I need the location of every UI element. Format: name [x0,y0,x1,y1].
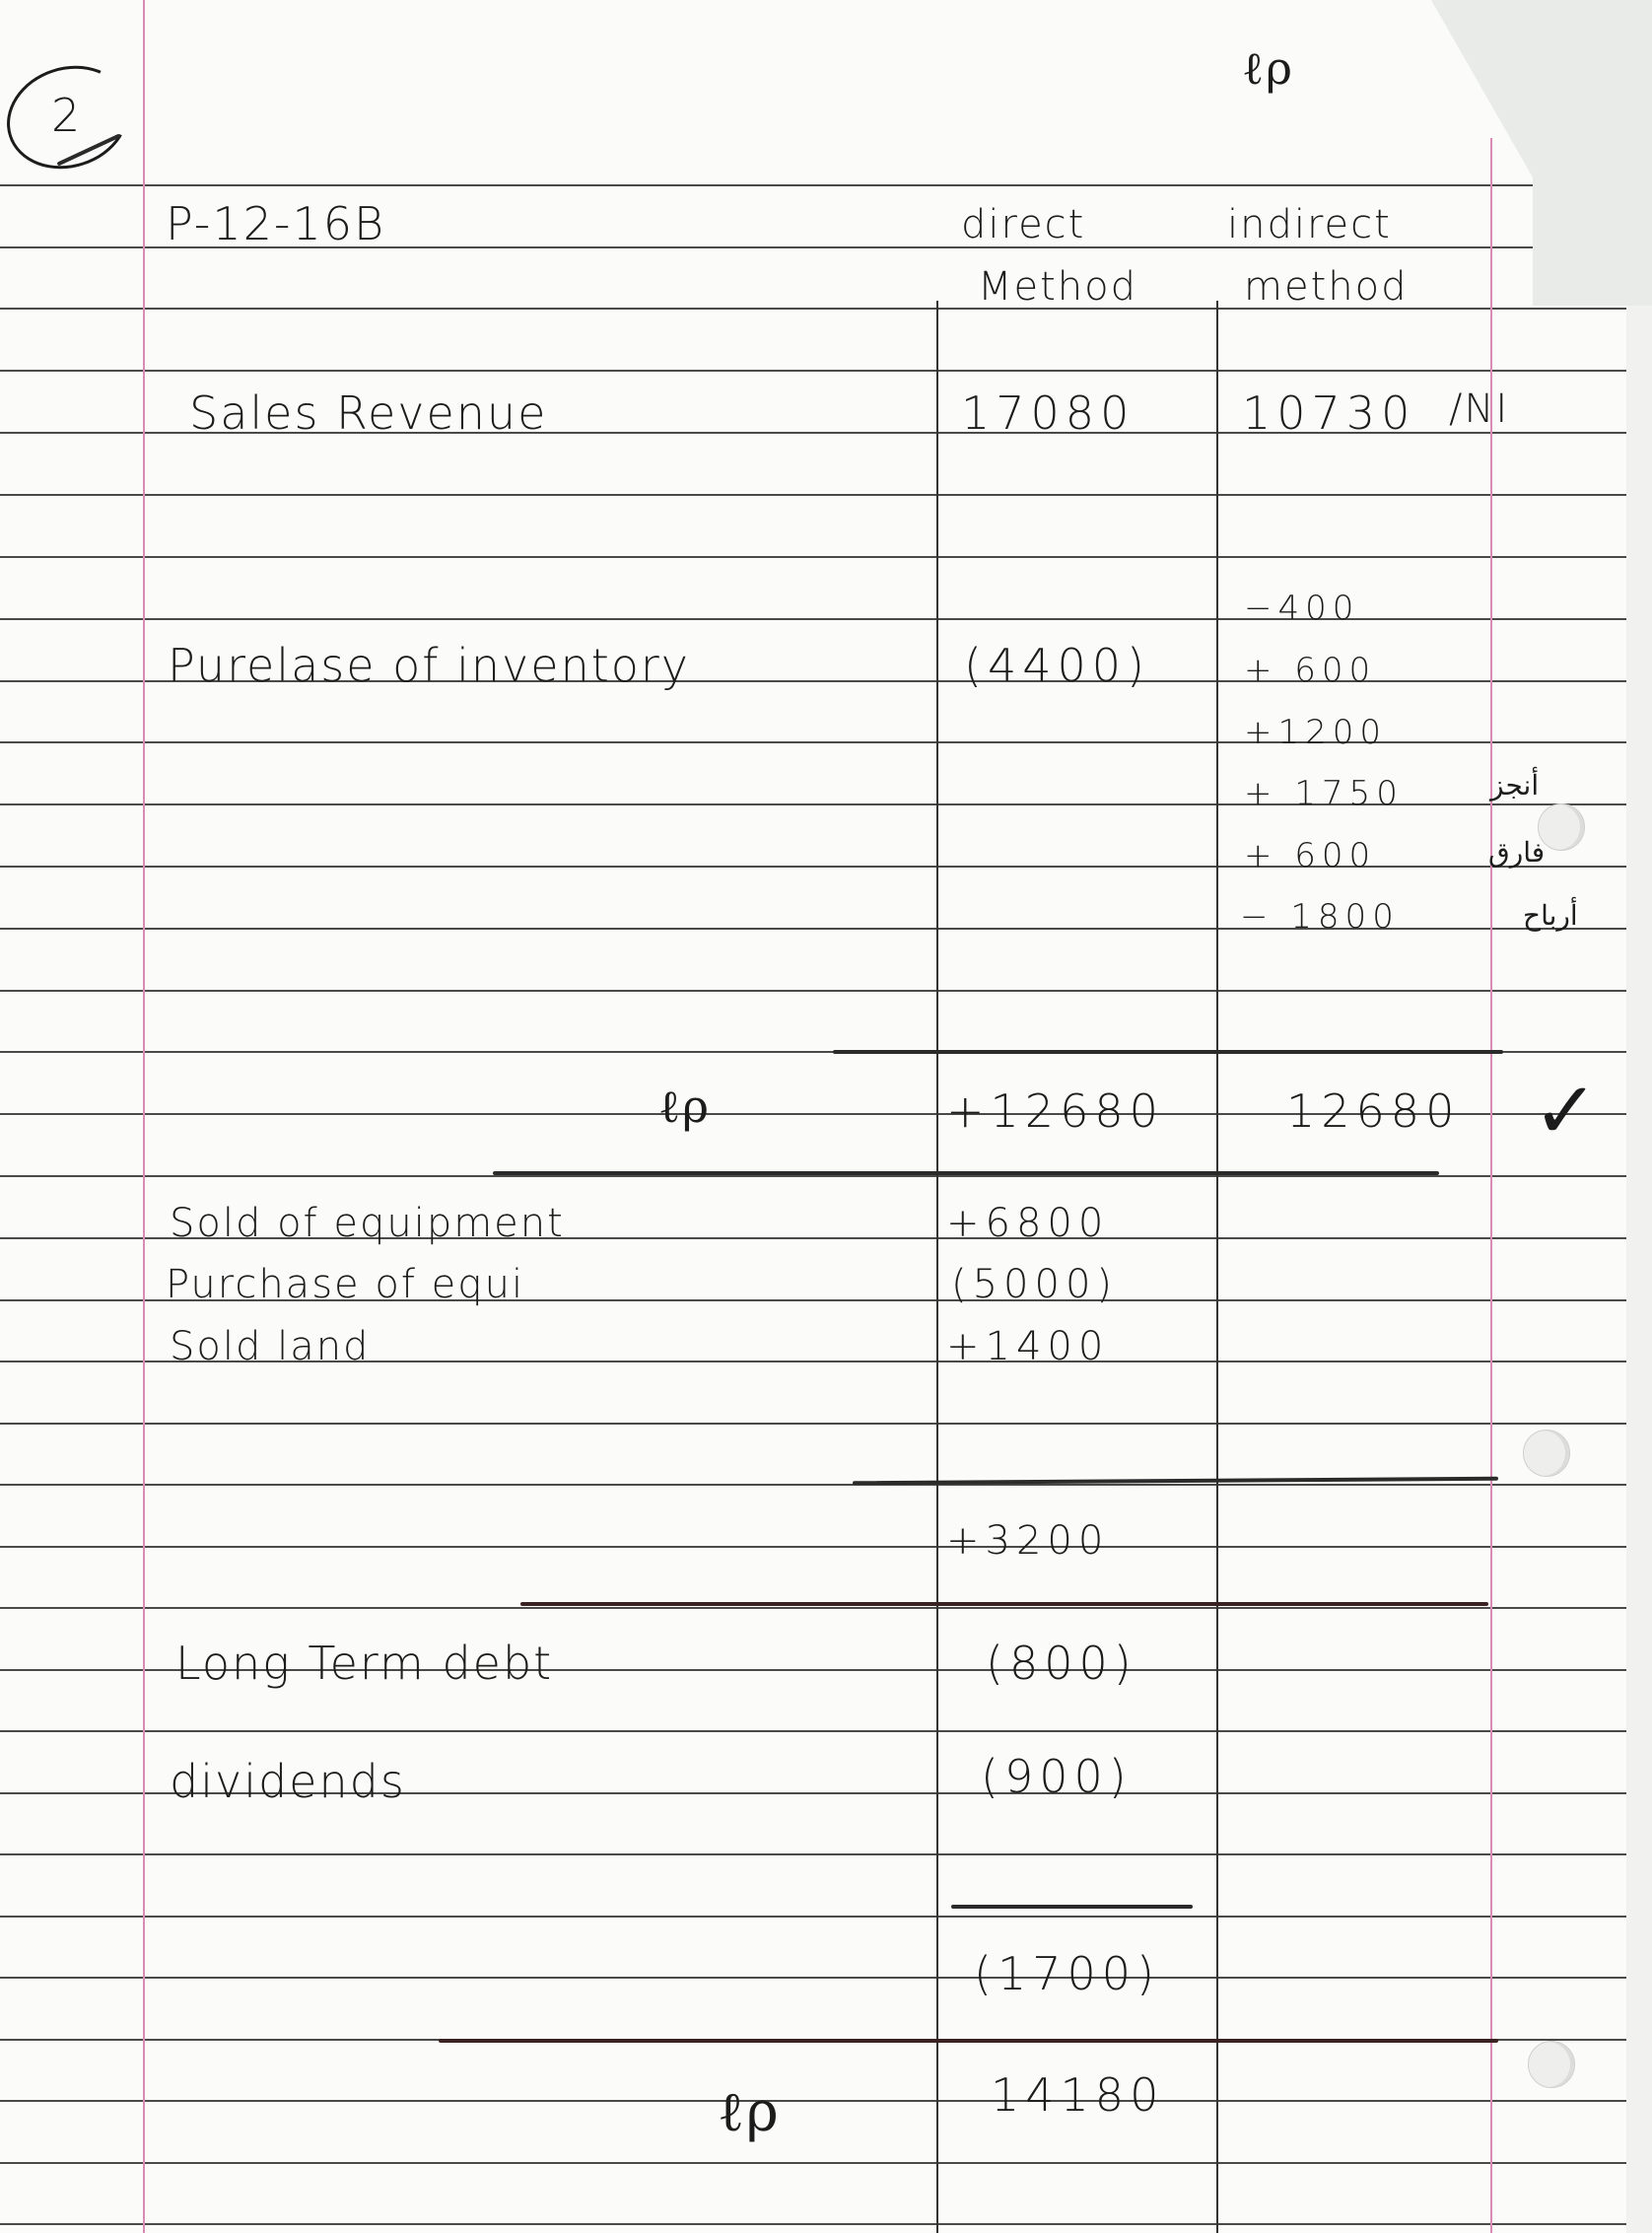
ruled-line [0,1423,1626,1425]
grand-total-line [439,2039,1498,2043]
ruled-line [0,1853,1626,1855]
financing-subtotal: (1700) [974,1947,1160,2000]
financing-item-label: dividends [170,1755,406,1808]
investing-subtotal: +3200 [946,1518,1109,1564]
operating-total-underline [833,1050,1503,1054]
purchase-inventory-direct: (4400) [964,639,1150,692]
ruled-line [0,1730,1626,1732]
purchase-inventory-label: Purelase of inventory [168,639,690,692]
ruled-line [0,990,1626,992]
financing-item-value: (800) [986,1637,1137,1690]
ruled-line [0,1546,1626,1548]
financing-total-underline [951,1905,1193,1909]
page-number: 2 [51,89,82,142]
punch-hole [1523,1430,1570,1477]
ruled-line [0,494,1626,496]
direct-column-header-sub: Method [978,264,1137,310]
ruled-line [0,1484,1626,1486]
ruled-line [0,1607,1626,1609]
ruled-line [0,618,1626,620]
check-mark-icon: ✓ [1533,1065,1601,1156]
section-divider [493,1171,1439,1175]
sum-symbol: ℓρ [1242,41,1294,95]
scanner-background [1626,306,1652,2233]
investing-item-value: (5000) [951,1262,1118,1307]
section-divider [520,1602,1488,1606]
ruled-line [0,2223,1626,2225]
adjustment-note: أرباح [1523,899,1578,932]
investing-item-label: Purchase of equi [166,1262,524,1307]
right-margin-line [1490,138,1492,2233]
total-sum-symbol: ℓρ [718,2080,781,2144]
problem-id: P-12-16B [166,197,385,250]
punch-hole [1538,803,1585,851]
ruled-line [0,556,1626,558]
ruled-line [0,370,1626,372]
indirect-adjustment: + 600 [1244,651,1376,690]
investing-item-label: Sold of equipment [170,1201,565,1246]
indirect-adjustment: − 1800 [1240,897,1400,937]
investing-item-value: +6800 [946,1201,1109,1246]
left-margin-line [143,0,145,2233]
indirect-adjustment: −400 [1244,589,1359,628]
indirect-adjustment: +1200 [1244,713,1387,752]
notebook-paper: 2 ℓρ P-12-16B direct Method indirect met… [0,0,1626,2233]
indirect-column-header-sub: method [1244,264,1408,310]
sales-revenue-indirect: 10730 [1242,386,1415,440]
direct-column-divider [936,301,938,2233]
indirect-column-header: indirect [1227,202,1392,247]
indirect-adjustment: + 600 [1244,836,1376,875]
grand-total-value: 14180 [991,2068,1164,2122]
ruled-line [0,184,1626,186]
ruled-line [0,1916,1626,1918]
financing-item-value: (900) [981,1750,1133,1803]
indirect-adjustment: + 1750 [1244,774,1404,813]
financing-item-label: Long Term debt [175,1637,553,1690]
adjustment-note: أنجز [1490,769,1539,802]
ruled-line [0,2100,1626,2102]
investing-item-label: Sold land [170,1324,370,1369]
adjustment-note: فارق [1488,836,1545,869]
operating-subtotal-indirect: 12680 [1286,1084,1460,1138]
ruled-line [0,1175,1626,1177]
net-income-note: /NI [1449,386,1509,432]
sales-revenue-label: Sales Revenue [189,386,547,440]
ruled-line [0,2162,1626,2164]
indirect-column-divider [1216,301,1218,2233]
sales-revenue-direct: 17080 [961,386,1135,440]
operating-subtotal-direct: +12680 [946,1084,1164,1138]
ruled-line [0,866,1626,868]
investing-item-value: +1400 [946,1324,1109,1369]
punch-hole [1528,2041,1575,2088]
direct-column-header: direct [961,202,1085,247]
ruled-line [0,1977,1626,1979]
operating-sum-symbol: ℓρ [658,1080,711,1133]
